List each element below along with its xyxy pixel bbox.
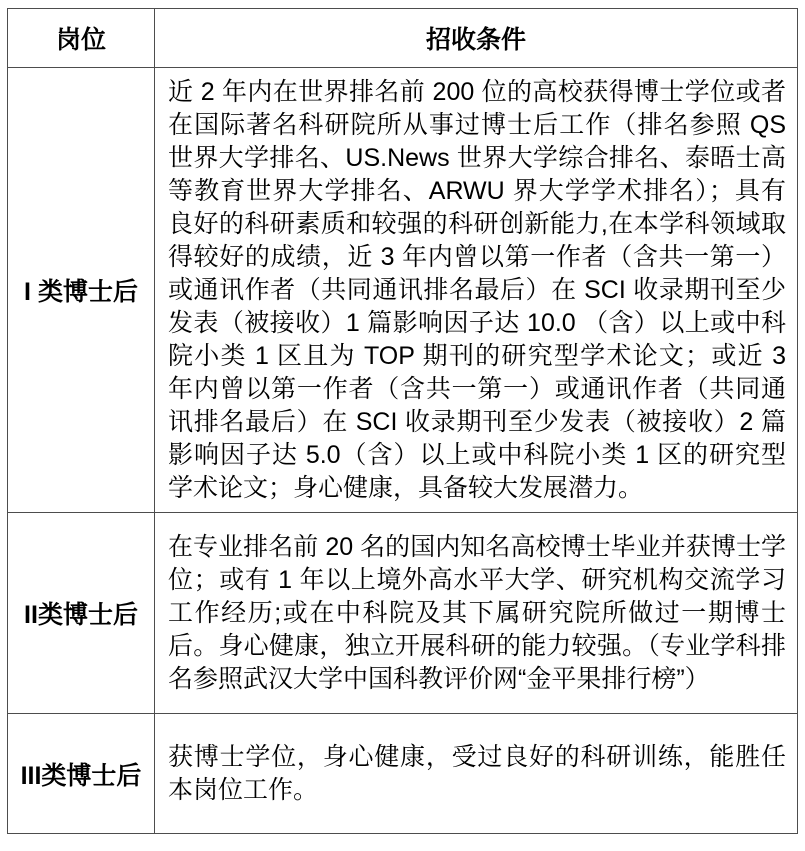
- header-cell-conditions: 招收条件: [155, 9, 798, 68]
- position-cell: II类博士后: [8, 513, 155, 714]
- table-row: I 类博士后 近 2 年内在世界排名前 200 位的高校获得博士学位或者在国际著…: [8, 68, 798, 513]
- recruitment-conditions-table: 岗位 招收条件 I 类博士后 近 2 年内在世界排名前 200 位的高校获得博士…: [7, 8, 798, 834]
- position-cell: I 类博士后: [8, 68, 155, 513]
- table-row: III类博士后 获博士学位，身心健康，受过良好的科研训练，能胜任本岗位工作。: [8, 714, 798, 834]
- position-cell: III类博士后: [8, 714, 155, 834]
- table-body: I 类博士后 近 2 年内在世界排名前 200 位的高校获得博士学位或者在国际著…: [8, 68, 798, 834]
- header-cell-position: 岗位: [8, 9, 155, 68]
- document-page: 岗位 招收条件 I 类博士后 近 2 年内在世界排名前 200 位的高校获得博士…: [0, 0, 805, 851]
- conditions-cell: 获博士学位，身心健康，受过良好的科研训练，能胜任本岗位工作。: [155, 714, 798, 834]
- conditions-cell: 近 2 年内在世界排名前 200 位的高校获得博士学位或者在国际著名科研院所从事…: [155, 68, 798, 513]
- table-header: 岗位 招收条件: [8, 9, 798, 68]
- header-row: 岗位 招收条件: [8, 9, 798, 68]
- table-row: II类博士后 在专业排名前 20 名的国内知名高校博士毕业并获博士学位；或有 1…: [8, 513, 798, 714]
- conditions-cell: 在专业排名前 20 名的国内知名高校博士毕业并获博士学位；或有 1 年以上境外高…: [155, 513, 798, 714]
